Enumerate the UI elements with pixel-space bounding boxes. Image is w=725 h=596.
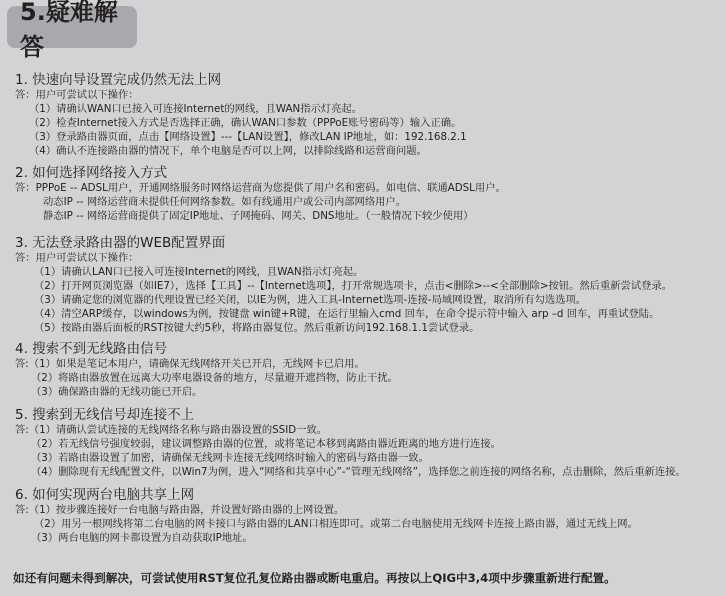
footer-note: 如还有问题未得到解决，可尝试使用RST复位孔复位路由器或断电重启。再按以上QIG…: [13, 570, 616, 586]
faq-answer-line: （3）两台电脑的网卡都设置为自动获取IP地址。: [15, 531, 638, 545]
faq-answer-line: （2）打开网页浏览器（如IE7），选择【工具】--【Internet选项】，打开…: [15, 279, 672, 293]
faq-answer-line: （4）删除现有无线配置文件，以Win7为例，进入“网络和共享中心”-“管理无线网…: [15, 465, 686, 479]
faq-item-3: 3. 无法登录路由器的WEB配置界面 答：用户可尝试以下操作： （1）请确认LA…: [15, 235, 672, 335]
faq-item-4: 4. 搜索不到无线路由信号 答:（1）如果是笔记本用户，请确保无线网络开关已开启…: [15, 341, 398, 399]
faq-answer-line: （1）请确认LAN口已接入可连接Internet的网线，且WAN指示灯亮起。: [15, 265, 672, 279]
faq-question: 4. 搜索不到无线路由信号: [15, 341, 398, 357]
faq-answer-line: （4）清空ARP缓存，以windows为例，按键盘 win键+R键，在运行里输入…: [15, 307, 672, 321]
faq-item-1: 1. 快速向导设置完成仍然无法上网 答：用户可尝试以下操作： （1）请确认WAN…: [15, 72, 467, 158]
faq-answer-line: （3）确保路由器的无线功能已开启。: [15, 385, 398, 399]
faq-answer-line: （2）若无线信号强度较弱，建议调整路由器的位置，或将笔记本移到离路由器近距离的地…: [15, 437, 686, 451]
faq-item-5: 5. 搜索到无线信号却连接不上 答:（1）请确认尝试连接的无线网络名称与路由器设…: [15, 407, 686, 479]
faq-answer-line: （3）请确定您的浏览器的代理设置已经关闭，以IE为例，进入工具-Internet…: [15, 293, 672, 307]
section-title: 5.疑难解答: [20, 0, 137, 62]
faq-item-2: 2. 如何选择网络接入方式 答：PPPoE -- ADSL用户，开通网络服务时网…: [15, 165, 506, 223]
faq-question: 3. 无法登录路由器的WEB配置界面: [15, 235, 672, 251]
faq-answer-line: （3）若路由器设置了加密，请确保无线网卡连接无线网络时输入的密码与路由器一致。: [15, 451, 686, 465]
faq-answer-intro: 答：用户可尝试以下操作：: [15, 88, 467, 102]
faq-question: 5. 搜索到无线信号却连接不上: [15, 407, 686, 423]
faq-answer-line: （2）用另一根网线将第二台电脑的网卡接口与路由器的LAN口相连即可。或第二台电脑…: [15, 517, 638, 531]
faq-answer-intro: 答：用户可尝试以下操作：: [15, 251, 672, 265]
faq-answer-intro: 答:（1）请确认尝试连接的无线网络名称与路由器设置的SSID一致。: [15, 423, 686, 437]
faq-answer-intro: 答：PPPoE -- ADSL用户，开通网络服务时网络运营商为您提供了用户名和密…: [15, 181, 506, 195]
faq-answer-intro: 答:（1）按步骤连接好一台电脑与路由器，并设置好路由器的上网设置。: [15, 503, 638, 517]
faq-answer-line: （2）将路由器放置在远离大功率电器设备的地方，尽量避开遮挡物，防止干扰。: [15, 371, 398, 385]
faq-answer-line: （4）确认不连接路由器的情况下，单个电脑是否可以上网，以排除线路和运营商问题。: [15, 144, 467, 158]
section-title-badge: 5.疑难解答: [7, 6, 137, 48]
faq-answer-line: （1）请确认WAN口已接入可连接Internet的网线，且WAN指示灯亮起。: [15, 102, 467, 116]
faq-answer-line: （5）按路由器后面板的RST按键大约5秒，将路由器复位。然后重新访问192.16…: [15, 321, 672, 335]
faq-question: 1. 快速向导设置完成仍然无法上网: [15, 72, 467, 88]
faq-question: 2. 如何选择网络接入方式: [15, 165, 506, 181]
faq-answer-line: 静态IP -- 网络运营商提供了固定IP地址、子网掩码、网关、DNS地址。（一般…: [15, 209, 506, 223]
faq-answer-line: 动态IP -- 网络运营商未提供任何网络参数。如有线通用户或公司内部网络用户。: [15, 195, 506, 209]
faq-question: 6. 如何实现两台电脑共享上网: [15, 487, 638, 503]
faq-answer-line: （3）登录路由器页面，点击【网络设置】---【LAN设置】，修改LAN IP地址…: [15, 130, 467, 144]
faq-item-6: 6. 如何实现两台电脑共享上网 答:（1）按步骤连接好一台电脑与路由器，并设置好…: [15, 487, 638, 545]
faq-answer-line: （2）检查Internet接入方式是否选择正确，确认WAN口参数（PPPoE账号…: [15, 116, 467, 130]
faq-answer-intro: 答:（1）如果是笔记本用户，请确保无线网络开关已开启，无线网卡已启用。: [15, 357, 398, 371]
